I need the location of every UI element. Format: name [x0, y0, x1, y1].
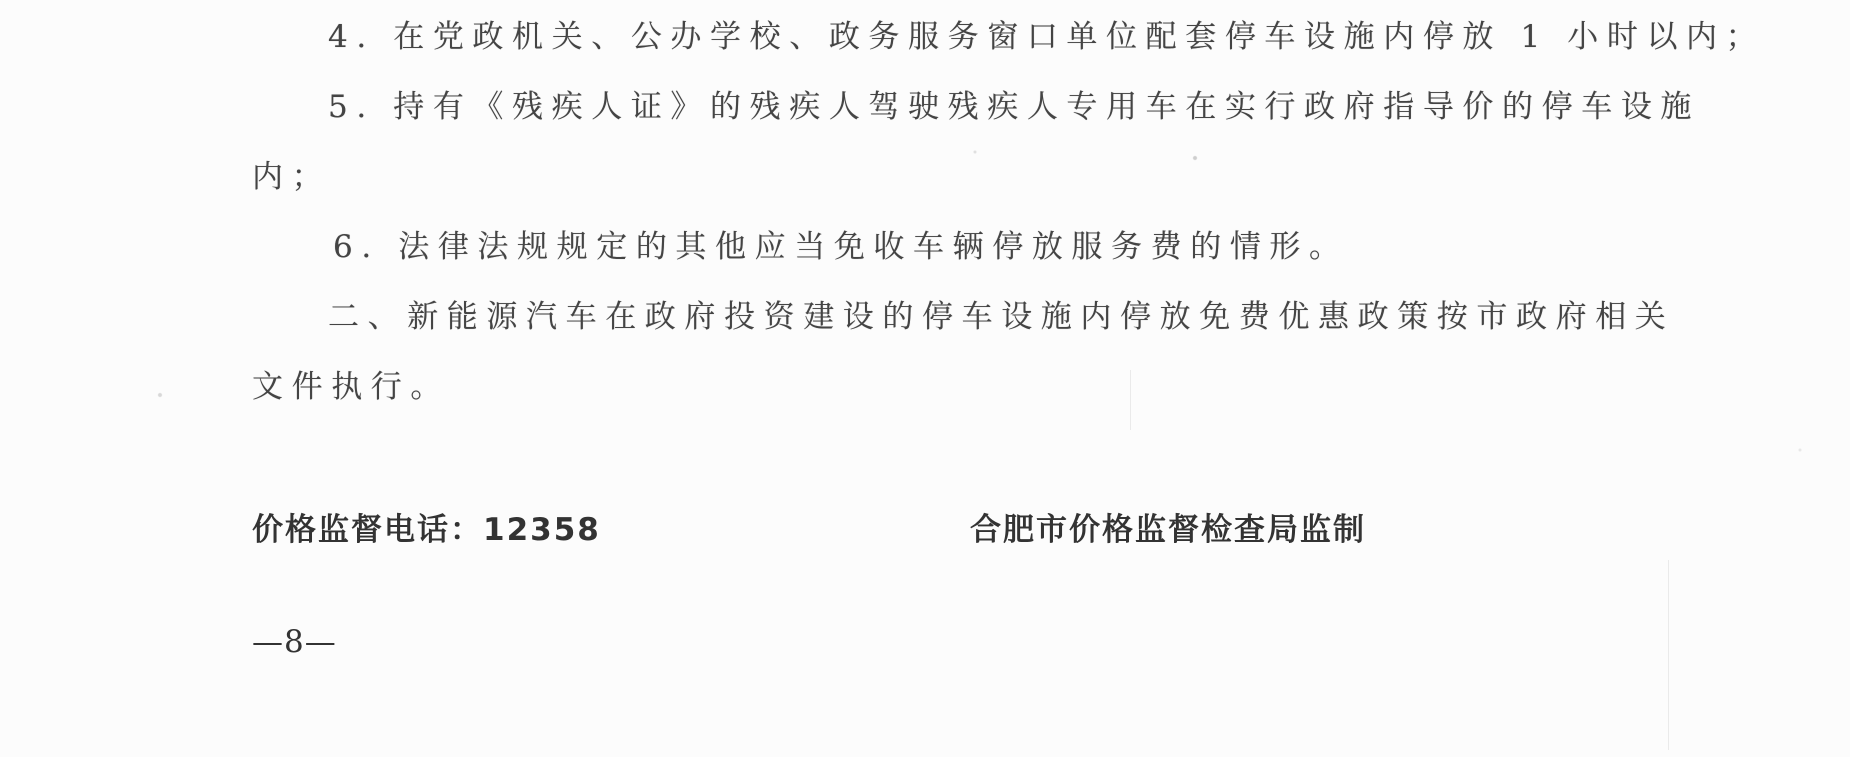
paragraph-item-5-line2: 内； — [252, 157, 331, 197]
document-page: 4. 在党政机关、公办学校、政务服务窗口单位配套停车设施内停放 1 小时以内； … — [0, 0, 1850, 757]
scan-artifact — [1668, 560, 1669, 750]
supervisor-label: 合肥市价格监督检查局监制 — [970, 510, 1366, 550]
page-number: —8— — [252, 622, 337, 662]
paragraph-section-2-line2: 文件执行。 — [252, 367, 450, 407]
scan-artifact — [1130, 370, 1131, 430]
paragraph-item-5-line1: 5. 持有《残疾人证》的残疾人驾驶残疾人专用车在实行政府指导价的停车设施 — [328, 87, 1700, 127]
paragraph-item-4: 4. 在党政机关、公办学校、政务服务窗口单位配套停车设施内停放 1 小时以内； — [328, 17, 1765, 57]
price-hotline: 价格监督电话：12358 — [252, 510, 601, 550]
paragraph-item-6: 6. 法律法规规定的其他应当免收车辆停放服务费的情形。 — [333, 227, 1349, 267]
paragraph-section-2-line1: 二、新能源汽车在政府投资建设的停车设施内停放免费优惠政策按市政府相关 — [328, 297, 1674, 337]
